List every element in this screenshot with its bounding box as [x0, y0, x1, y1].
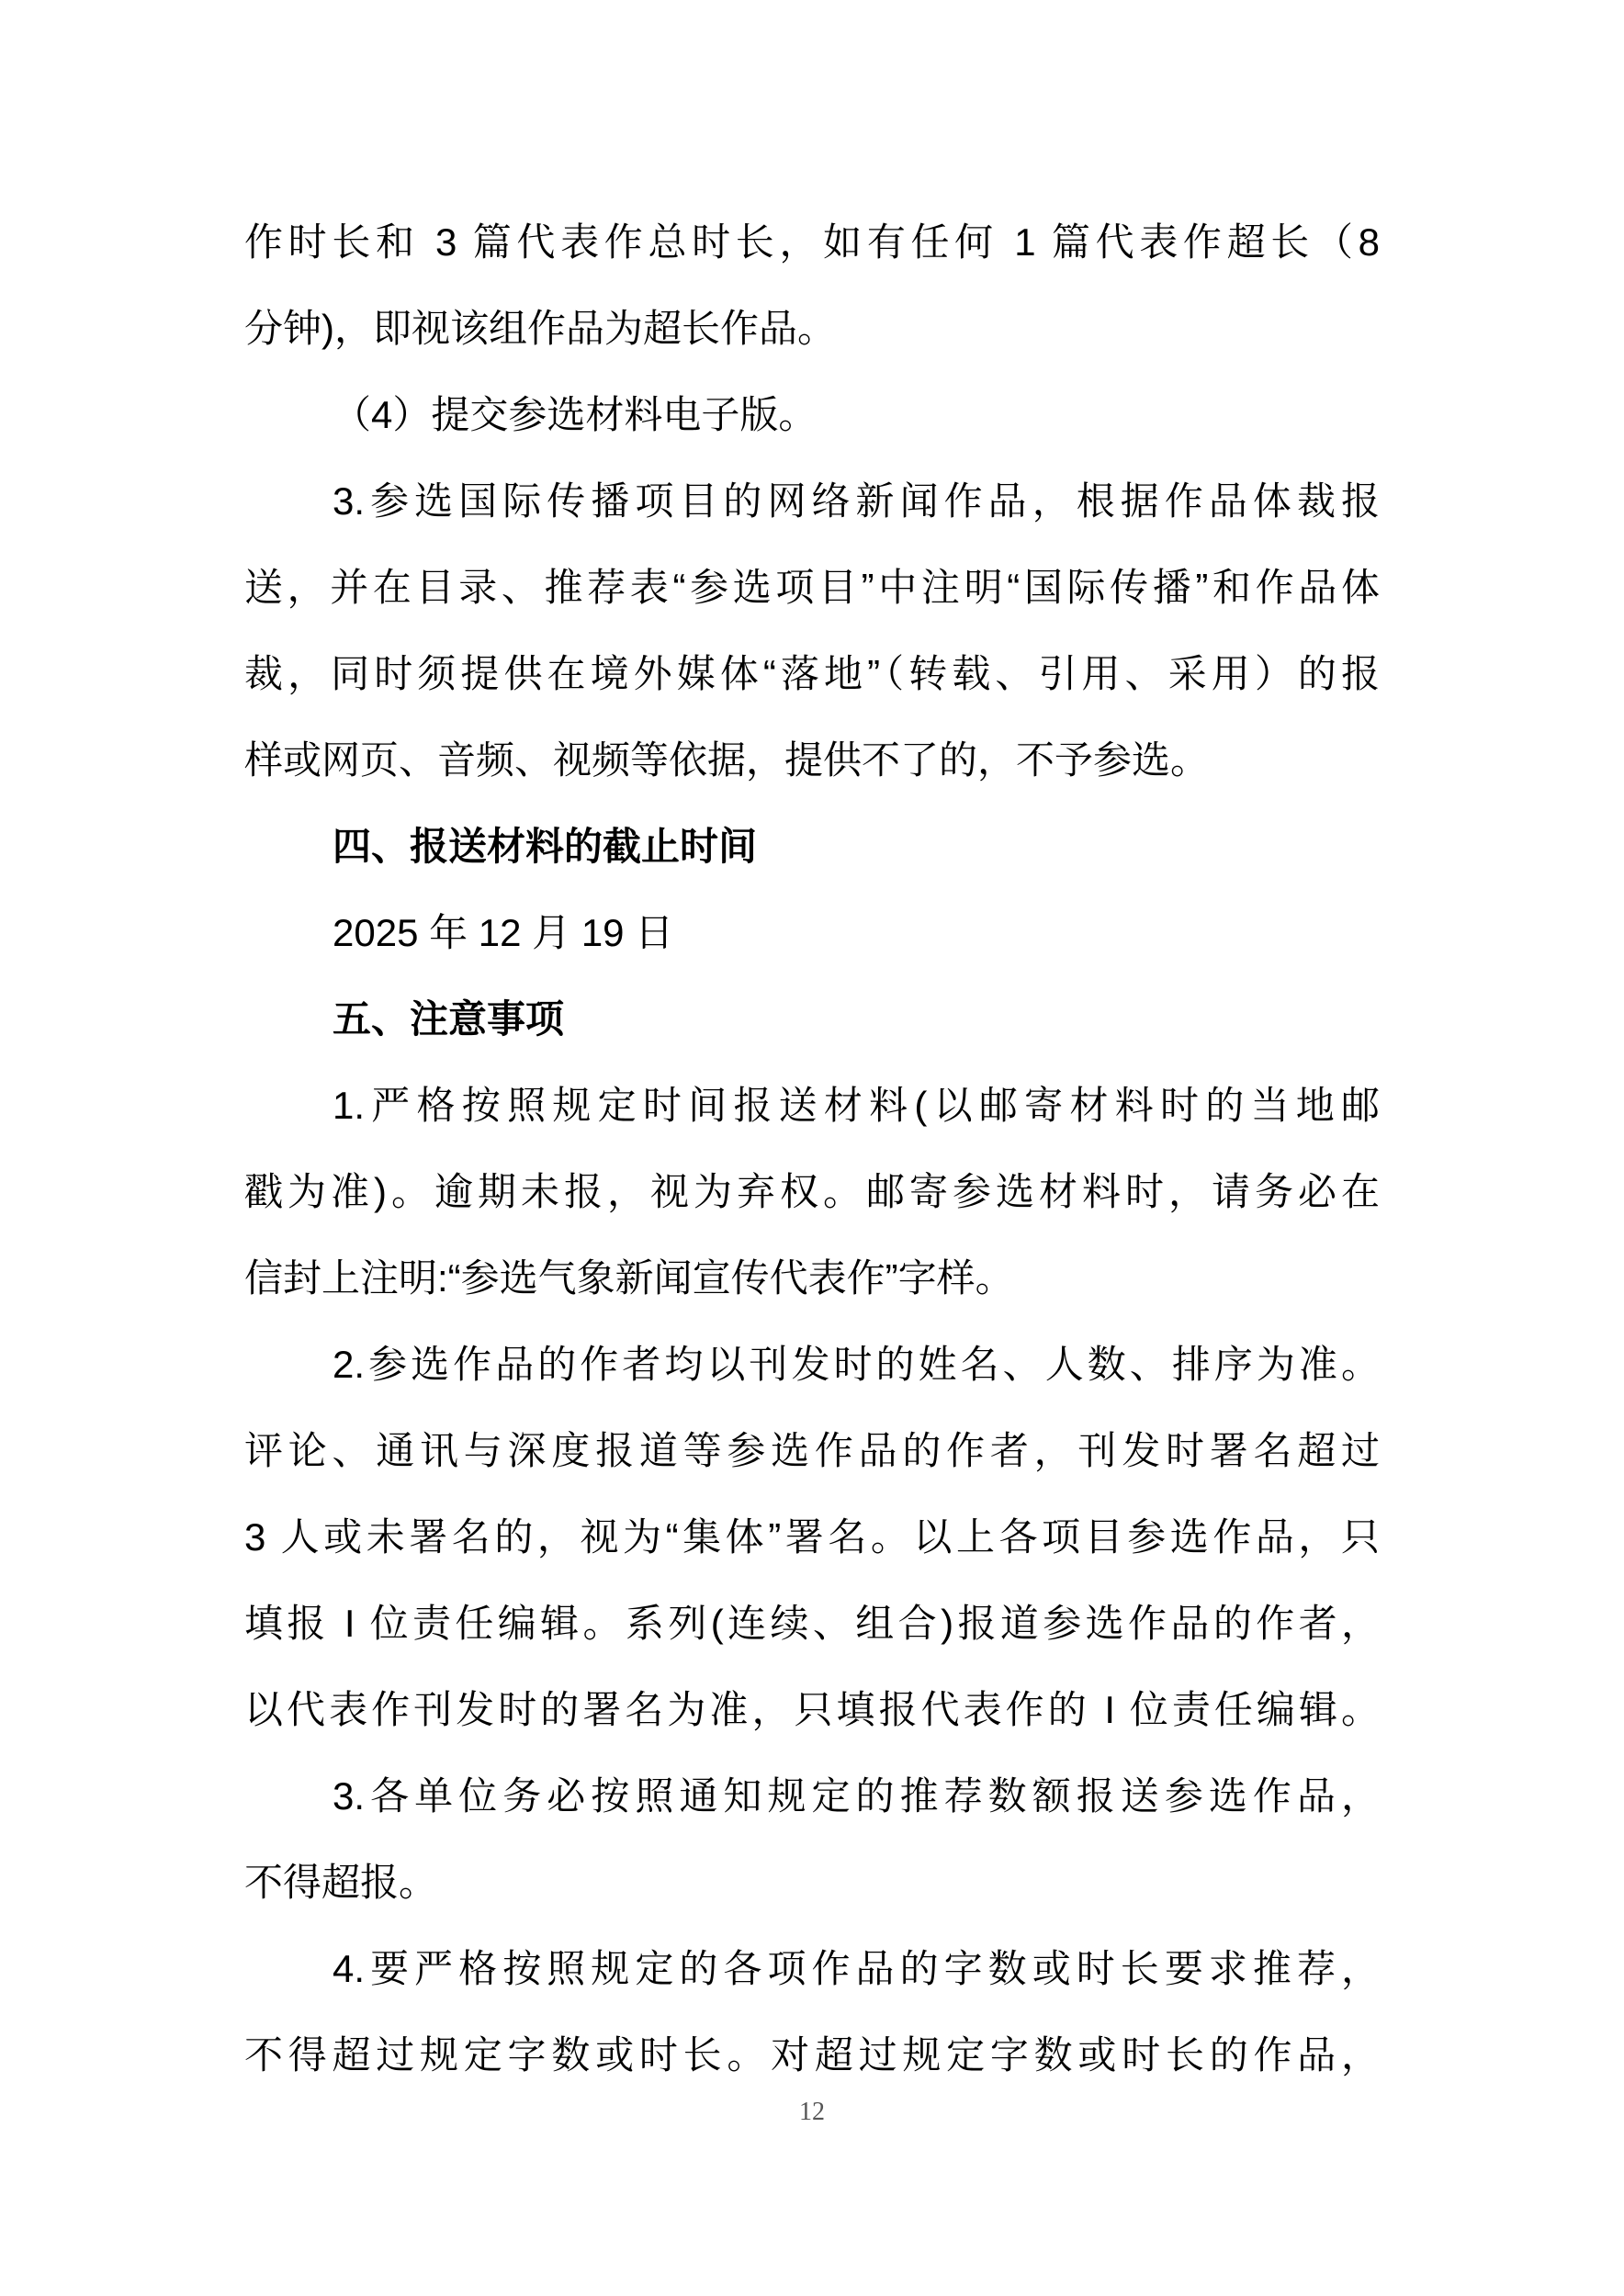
text-line: 3.各单位务必按照通知规定的推荐数额报送参选作品， [244, 1753, 1380, 1840]
text-line: 样或网页、音频、视频等依据，提供不了的，不予参选。 [244, 717, 1380, 804]
text-line: 五、注意事项 [244, 976, 1380, 1063]
page-number: 12 [0, 2097, 1624, 2128]
text-line: 分钟)，即视该组作品为超长作品。 [244, 286, 1380, 372]
text-line: 3.参选国际传播项目的网络新闻作品，根据作品体裁报 [244, 458, 1380, 545]
text-line: 4.要严格按照规定的各项作品的字数或时长要求推荐， [244, 1926, 1380, 2012]
text-line: 四、报送材料的截止时间 [244, 804, 1380, 890]
text-line: 戳为准)。逾期未报，视为弃权。邮寄参选材料时，请务必在 [244, 1149, 1380, 1235]
text-line: 作时长和 3 篇代表作总时长，如有任何 1 篇代表作超长（8 [244, 199, 1380, 286]
text-line: 1.严格按照规定时间报送材料(以邮寄材料时的当地邮 [244, 1063, 1380, 1149]
text-line: 以代表作刊发时的署名为准，只填报代表作的 I 位责任编辑。 [244, 1667, 1380, 1753]
text-line: 评论、通讯与深度报道等参选作品的作者，刊发时署名超过 [244, 1408, 1380, 1494]
text-line: 3 人或未署名的，视为“集体”署名。以上各项目参选作品，只 [244, 1494, 1380, 1581]
text-line: 不得超报。 [244, 1840, 1380, 1926]
document-body: 作时长和 3 篇代表作总时长，如有任何 1 篇代表作超长（8分钟)，即视该组作品… [244, 199, 1380, 2099]
text-line: 信封上注明:“参选气象新闻宣传代表作”字样。 [244, 1235, 1380, 1322]
text-line: 送，并在目录、推荐表“参选项目”中注明“国际传播”和作品体 [244, 545, 1380, 631]
text-line: 填报 I 位责任编辑。系列(连续、组合)报道参选作品的作者， [244, 1581, 1380, 1667]
text-line: 2.参选作品的作者均以刊发时的姓名、人数、排序为准。 [244, 1322, 1380, 1408]
text-line: 裁，同时须提供在境外媒体“落地”（转载、引用、采用）的报 [244, 631, 1380, 717]
text-line: 2025 年 12 月 19 日 [244, 890, 1380, 976]
document-page: 作时长和 3 篇代表作总时长，如有任何 1 篇代表作超长（8分钟)，即视该组作品… [0, 0, 1624, 2296]
text-line: 不得超过规定字数或时长。对超过规定字数或时长的作品， [244, 2012, 1380, 2099]
text-line: （4）提交参选材料电子版。 [244, 372, 1380, 458]
